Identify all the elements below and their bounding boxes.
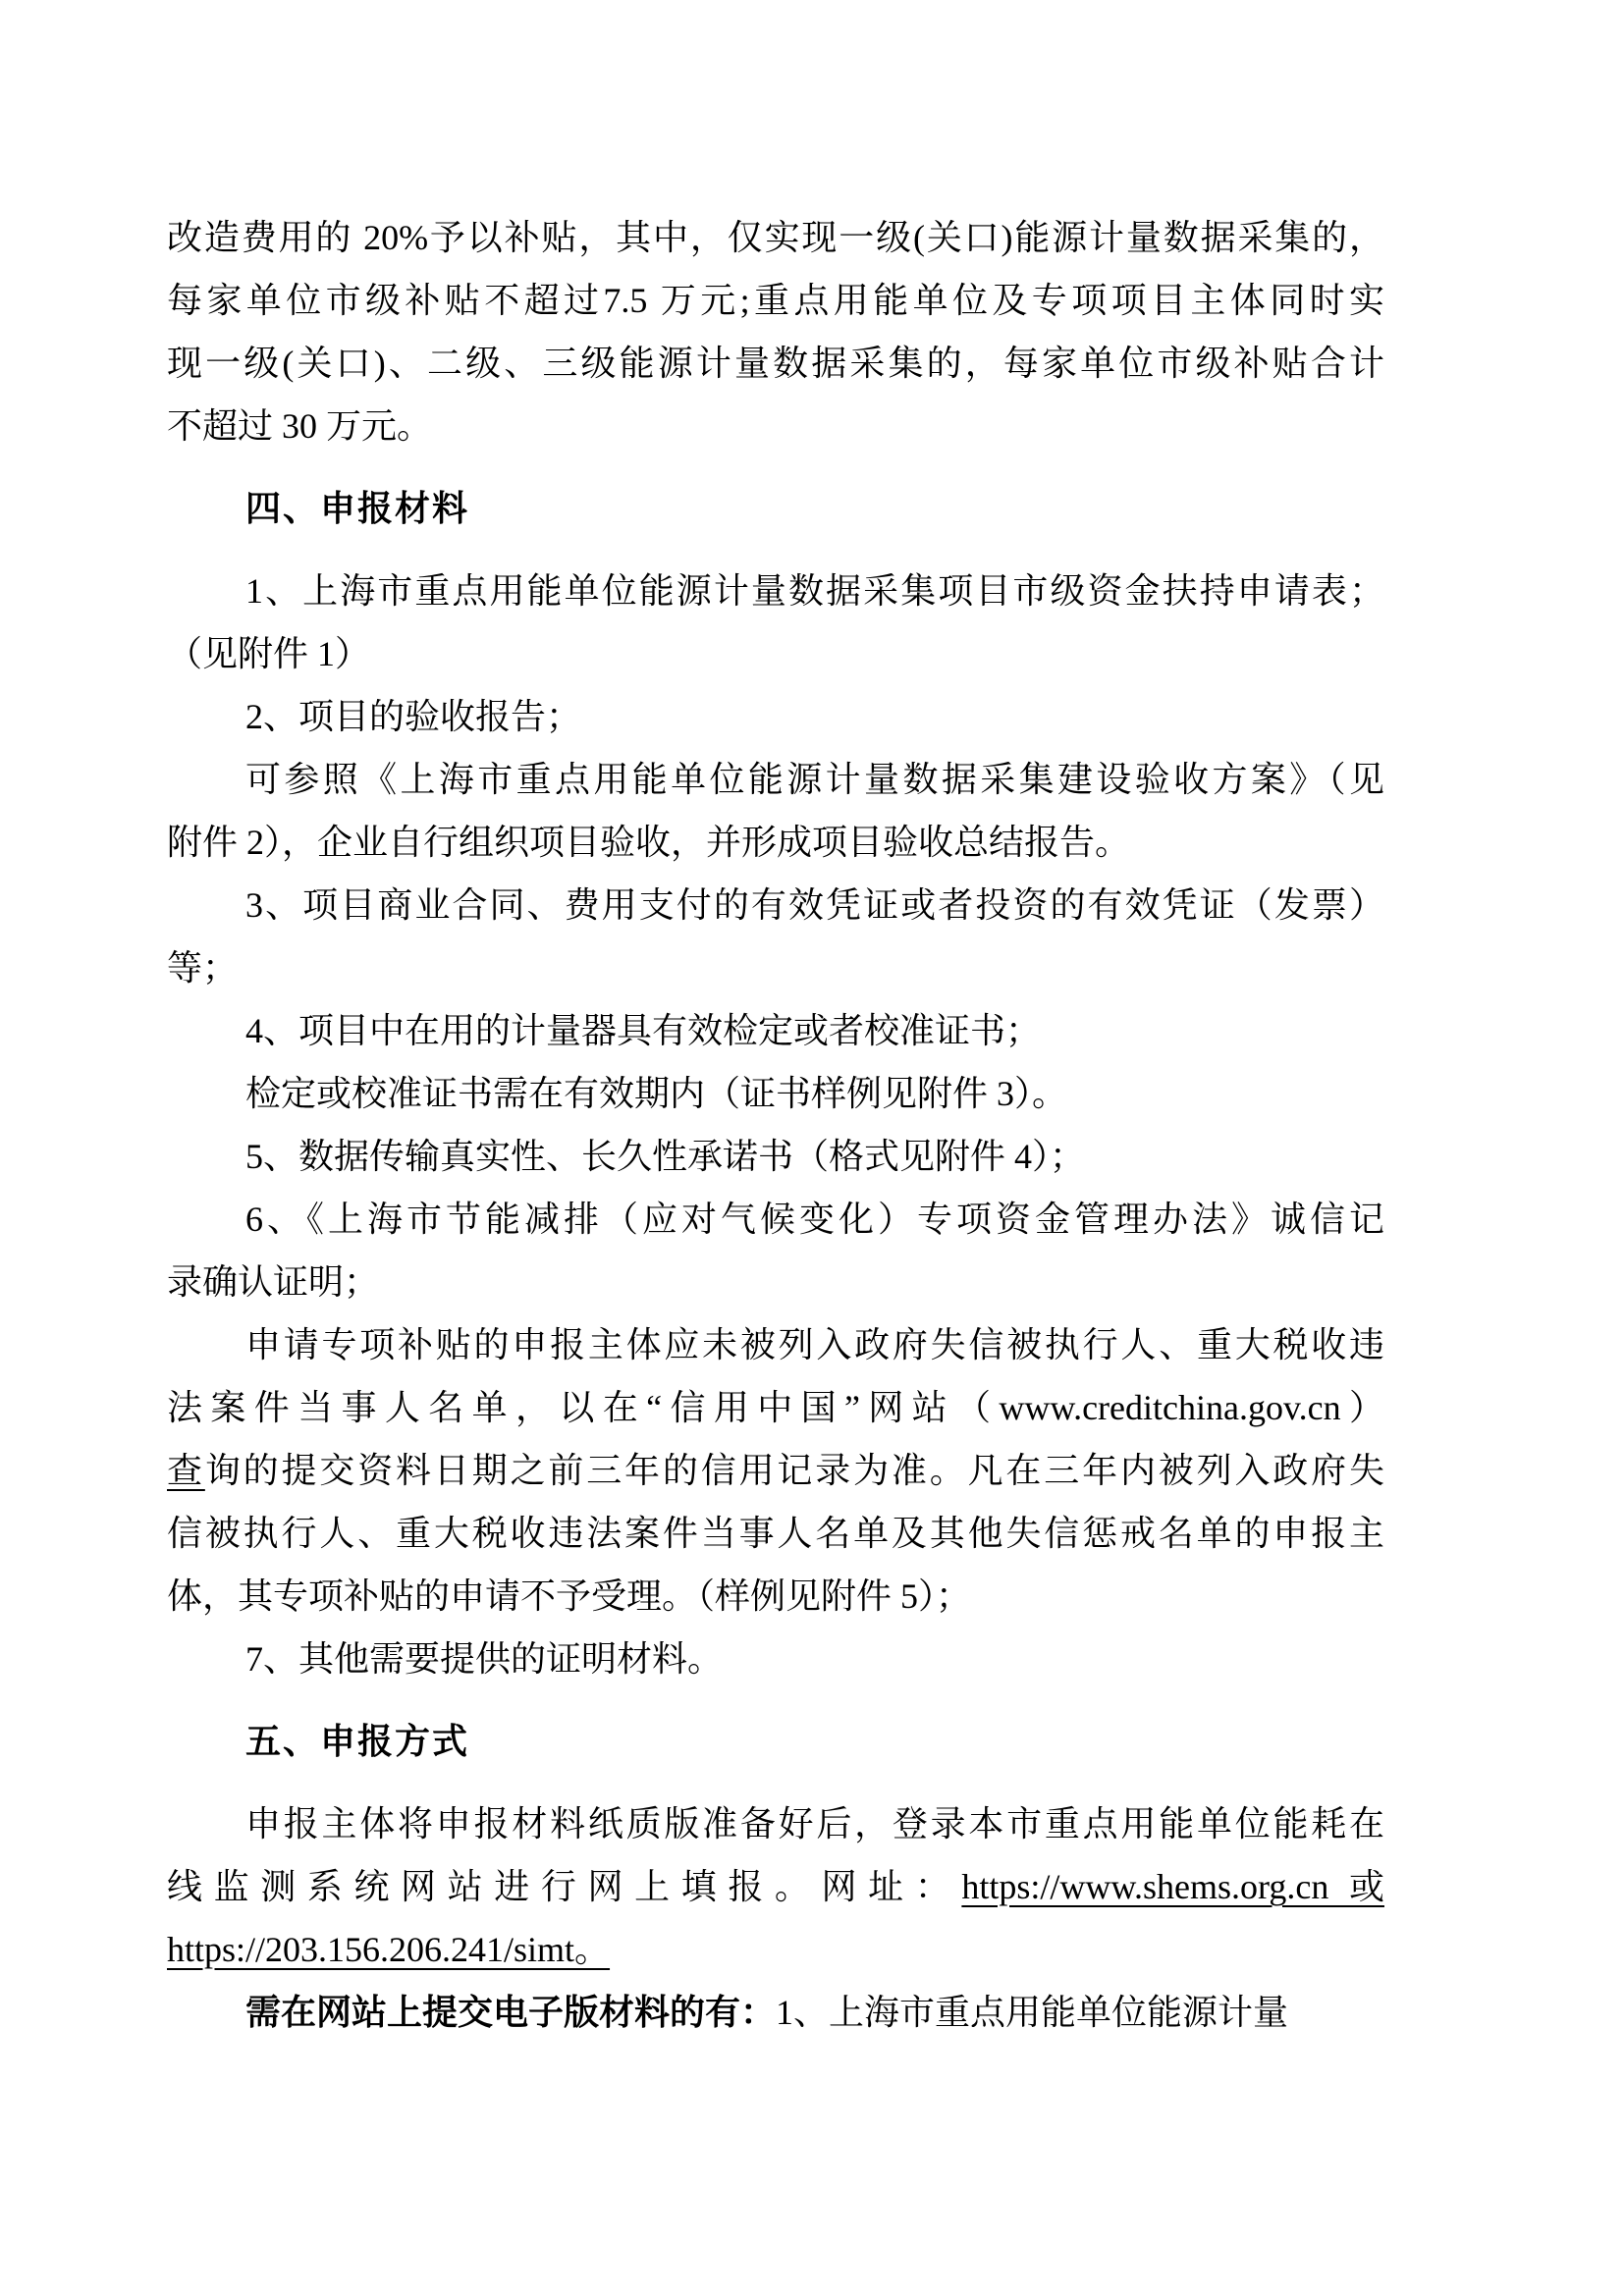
text-segment: 不超过 30 万元。 [167, 406, 432, 446]
text-segment: 1、上海市重点用能单位能源计量 [776, 1993, 1288, 2032]
text-segment: 线监测系统网站进行网上填报。网址： [167, 1867, 961, 1906]
text-segment: 录确认证明； [167, 1262, 379, 1302]
text-segment: 7、其他需要提供的证明材料。 [245, 1639, 723, 1679]
list-item-7: 7、其他需要提供的证明材料。 [167, 1628, 1384, 1690]
paragraph-line: 录确认证明； [167, 1251, 1384, 1313]
text-segment: 每家单位市级补贴不超过7.5 万元;重点用能单位及专项项目主体同时实 [167, 281, 1384, 320]
shems-url-link[interactable]: https://www.shems.org.cn 或 [961, 1867, 1384, 1906]
heading-section-5: 五、申报方式 [167, 1710, 1384, 1773]
list-item-6: 6、《上海市节能减排（应对气候变化）专项资金管理办法》诚信记 [167, 1188, 1384, 1251]
text-segment: 1、上海市重点用能单位能源计量数据采集项目市级资金扶持申请表； [245, 571, 1384, 611]
paragraph-line: 申请专项补贴的申报主体应未被列入政府失信被执行人、重大税收违 [167, 1313, 1384, 1376]
text-segment: 五、申报方式 [245, 1721, 469, 1761]
paragraph-line: 体，其专项补贴的申请不予受理。（样例见附件 5）； [167, 1565, 1384, 1628]
paragraph-line: 需在网站上提交电子版材料的有：1、上海市重点用能单位能源计量 [167, 1981, 1384, 2044]
text-segment: 可参照《上海市重点用能单位能源计量数据采集建设验收方案》（见 [245, 760, 1384, 799]
text-segment: 5、数据传输真实性、长久性承诺书（格式见附件 4）； [245, 1137, 1085, 1176]
text-segment: 申请专项补贴的申报主体应未被列入政府失信被执行人、重大税收违 [245, 1325, 1384, 1364]
paragraph-line: 不超过 30 万元。 [167, 395, 1384, 457]
paragraph-line: 法案件当事人名单，以在“信用中国”网站（www.creditchina.gov.… [167, 1376, 1384, 1439]
text-segment: （见附件 1） [167, 634, 370, 673]
paragraph-line: 等； [167, 936, 1384, 999]
document-content: 改造费用的 20%予以补贴，其中，仅实现一级(关口)能源计量数据采集的，每家单位… [167, 206, 1384, 2044]
ip-url-link[interactable]: https://203.156.206.241/simt。 [167, 1930, 610, 1969]
text-segment: 信被执行人、重大税收违法案件当事人名单及其他失信惩戒名单的申报主 [167, 1514, 1384, 1553]
text-segment: 2、项目的验收报告； [245, 697, 581, 736]
paragraph-line: 检定或校准证书需在有效期内（证书样例见附件 3）。 [167, 1062, 1384, 1125]
paragraph-line: 每家单位市级补贴不超过7.5 万元;重点用能单位及专项项目主体同时实 [167, 269, 1384, 332]
text-segment: 3、项目商业合同、费用支付的有效凭证或者投资的有效凭证（发票） [245, 885, 1384, 925]
list-item-2: 2、项目的验收报告； [167, 685, 1384, 748]
list-item-1: 1、上海市重点用能单位能源计量数据采集项目市级资金扶持申请表； [167, 560, 1384, 622]
paragraph-line: 改造费用的 20%予以补贴，其中，仅实现一级(关口)能源计量数据采集的， [167, 206, 1384, 269]
text-segment: 申报主体将申报材料纸质版准备好后，登录本市重点用能单位能耗在 [245, 1804, 1384, 1843]
text-segment: 现一级(关口)、二级、三级能源计量数据采集的，每家单位市级补贴合计 [167, 344, 1384, 383]
paragraph-line: 信被执行人、重大税收违法案件当事人名单及其他失信惩戒名单的申报主 [167, 1502, 1384, 1565]
paragraph-line: （见附件 1） [167, 622, 1384, 685]
text-segment: 询的提交资料日期之前三年的信用记录为准。凡在三年内被列入政府失 [205, 1451, 1384, 1490]
text-segment: 4、项目中在用的计量器具有效检定或者校准证书； [245, 1011, 1041, 1050]
paragraph-line: 申报主体将申报材料纸质版准备好后，登录本市重点用能单位能耗在 [167, 1792, 1384, 1855]
bold-lead-text: 需在网站上提交电子版材料的有： [245, 1992, 776, 2032]
text-segment: 检定或校准证书需在有效期内（证书样例见附件 3）。 [245, 1074, 1067, 1113]
list-item-3: 3、项目商业合同、费用支付的有效凭证或者投资的有效凭证（发票） [167, 874, 1384, 936]
paragraph-line: 附件 2），企业自行组织项目验收，并形成项目验收总结报告。 [167, 811, 1384, 874]
list-item-5: 5、数据传输真实性、长久性承诺书（格式见附件 4）； [167, 1125, 1384, 1188]
text-segment: 法案件当事人名单，以在“信用中国”网站（www.creditchina.gov.… [167, 1388, 1384, 1427]
text-segment: 体，其专项补贴的申请不予受理。（样例见附件 5）； [167, 1576, 971, 1616]
paragraph-line: https://203.156.206.241/simt。 [167, 1918, 1384, 1981]
paragraph-line: 线监测系统网站进行网上填报。网址：https://www.shems.org.c… [167, 1855, 1384, 1918]
text-segment: 附件 2），企业自行组织项目验收，并形成项目验收总结报告。 [167, 823, 1130, 862]
text-segment: 四、申报材料 [245, 488, 469, 528]
underlined-char: 查 [167, 1451, 205, 1490]
heading-section-4: 四、申报材料 [167, 477, 1384, 540]
text-segment: 改造费用的 20%予以补贴，其中，仅实现一级(关口)能源计量数据采集的， [167, 218, 1384, 257]
document-page: 改造费用的 20%予以补贴，其中，仅实现一级(关口)能源计量数据采集的，每家单位… [0, 0, 1624, 2296]
paragraph-line: 查询的提交资料日期之前三年的信用记录为准。凡在三年内被列入政府失 [167, 1439, 1384, 1502]
paragraph-line: 可参照《上海市重点用能单位能源计量数据采集建设验收方案》（见 [167, 748, 1384, 811]
text-segment: 6、《上海市节能减排（应对气候变化）专项资金管理办法》诚信记 [245, 1200, 1384, 1239]
list-item-4: 4、项目中在用的计量器具有效检定或者校准证书； [167, 999, 1384, 1062]
paragraph-line: 现一级(关口)、二级、三级能源计量数据采集的，每家单位市级补贴合计 [167, 332, 1384, 395]
text-segment: 等； [167, 948, 238, 988]
